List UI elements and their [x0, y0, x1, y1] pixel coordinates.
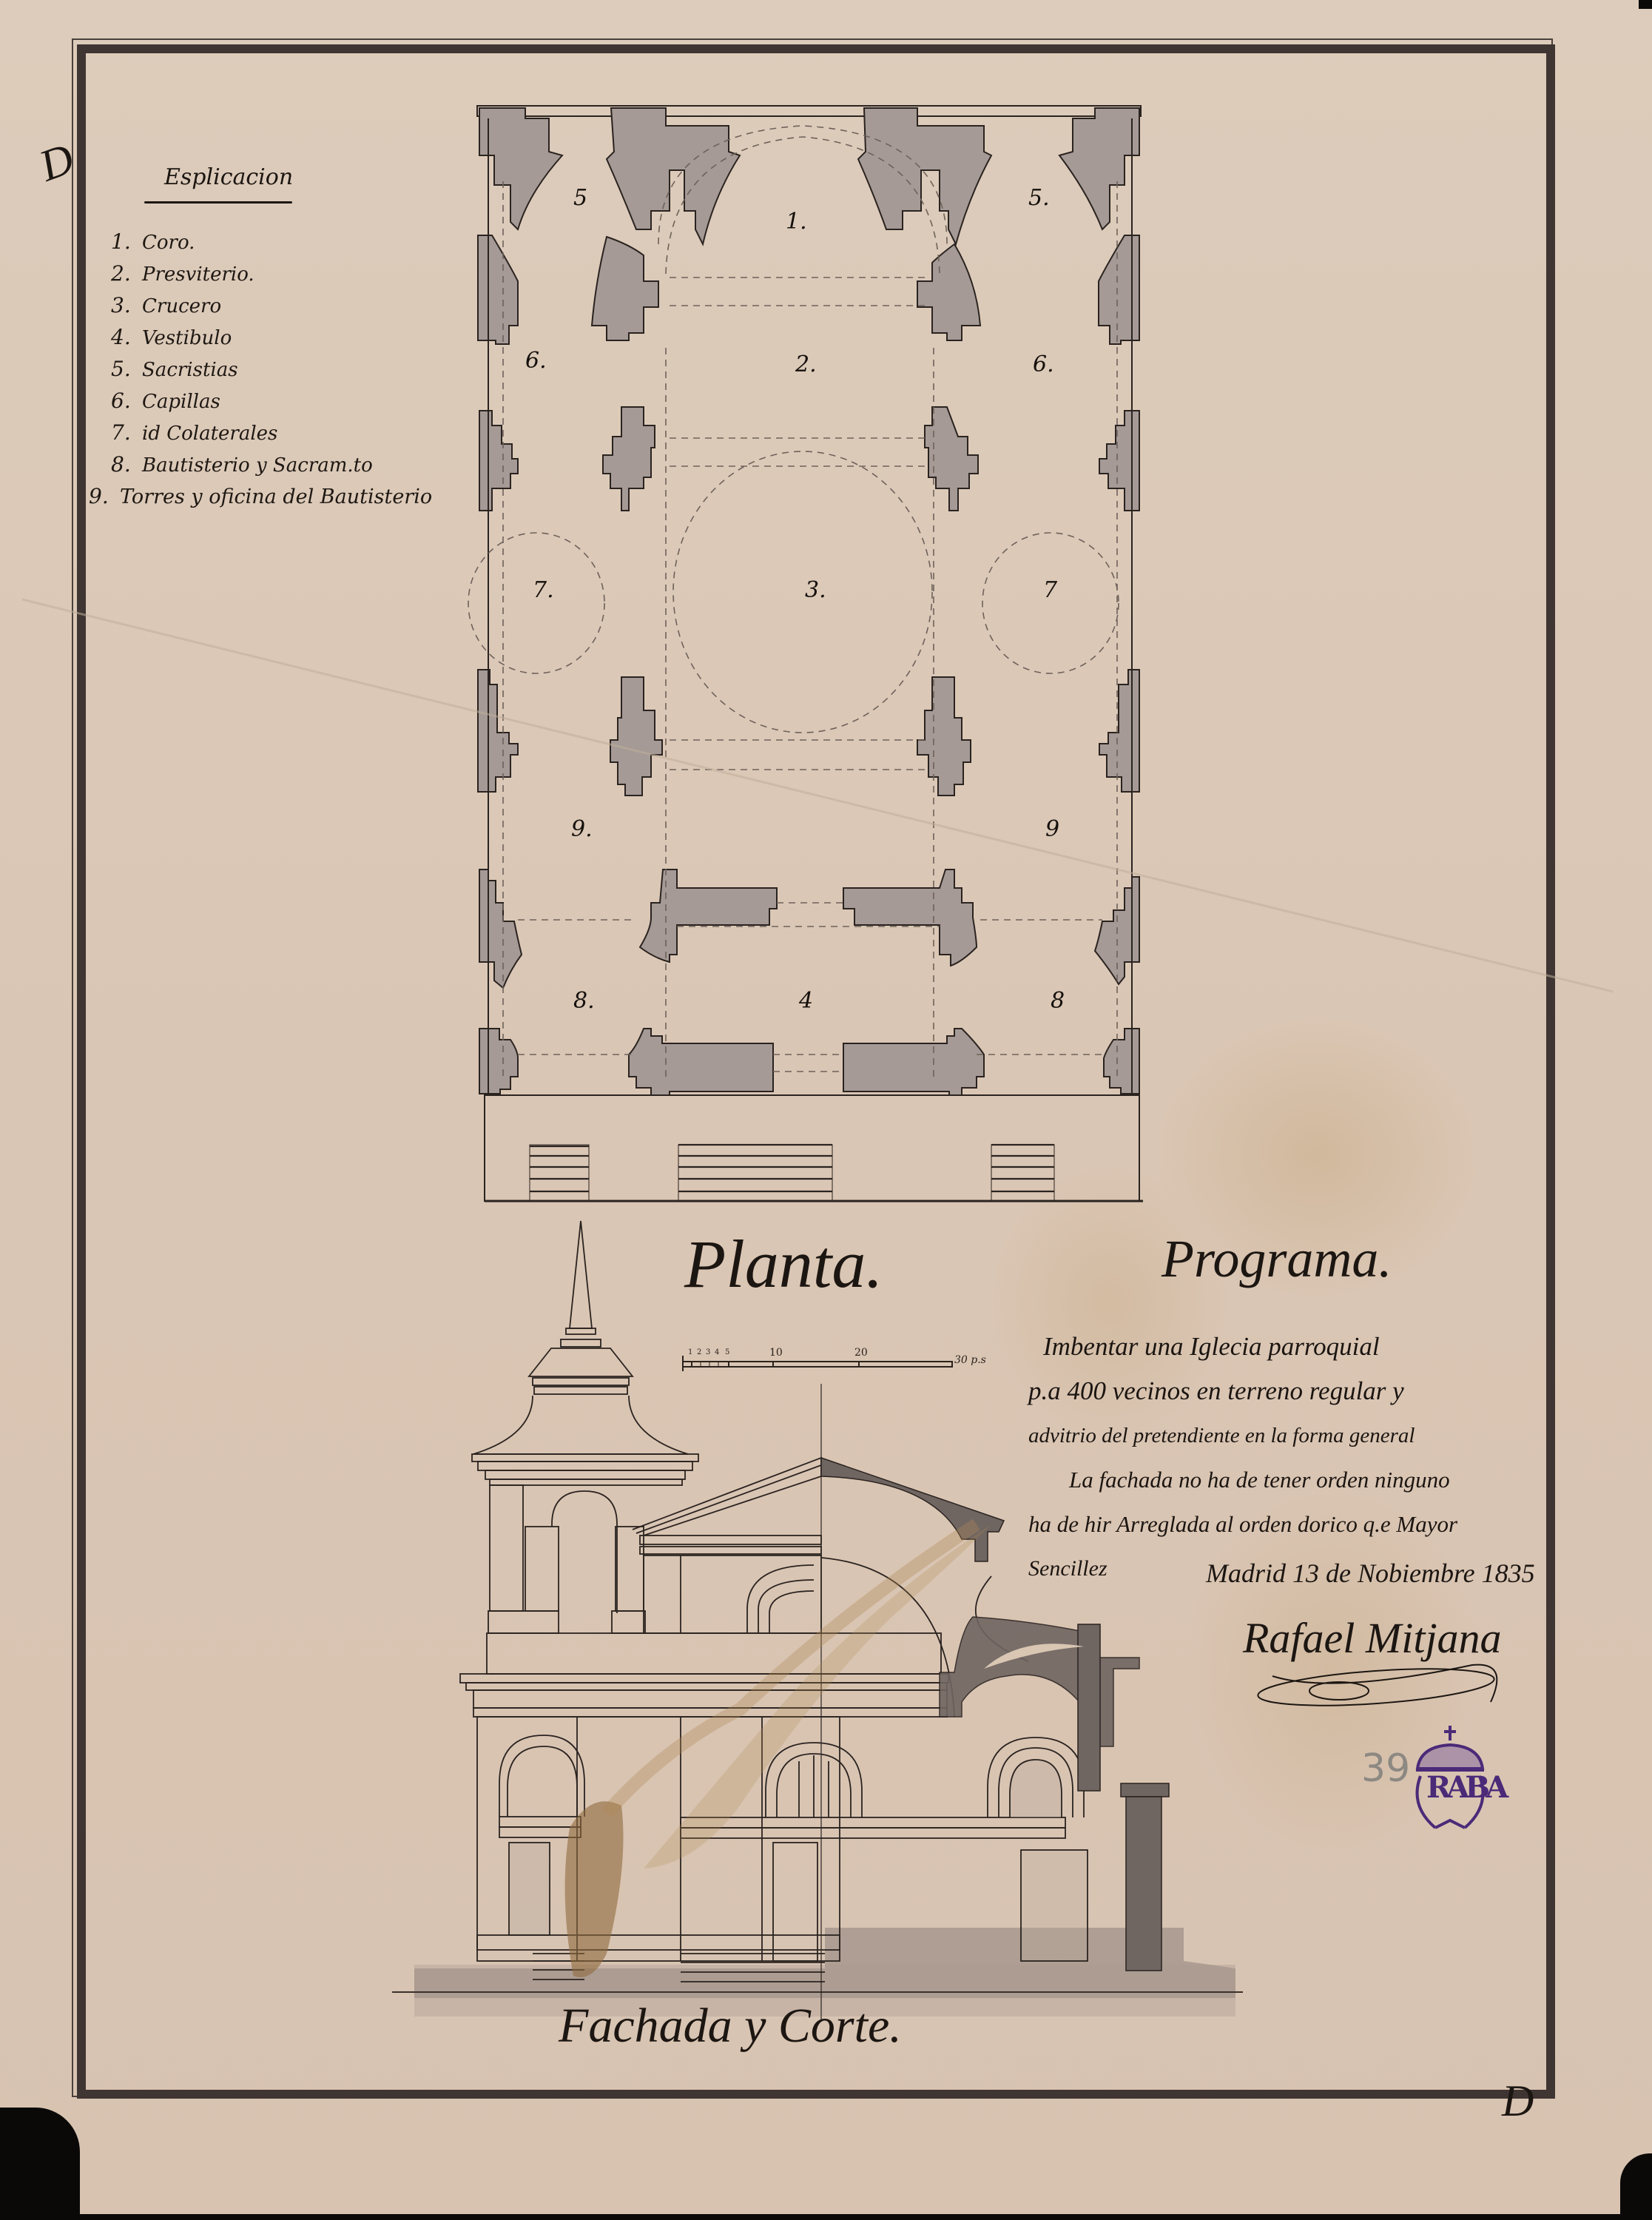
facade-section-drawing — [0, 0, 1652, 2220]
elevation-title: Fachada y Corte. — [559, 1998, 902, 2054]
margin-mark-bottom-right: D — [1502, 2076, 1534, 2127]
